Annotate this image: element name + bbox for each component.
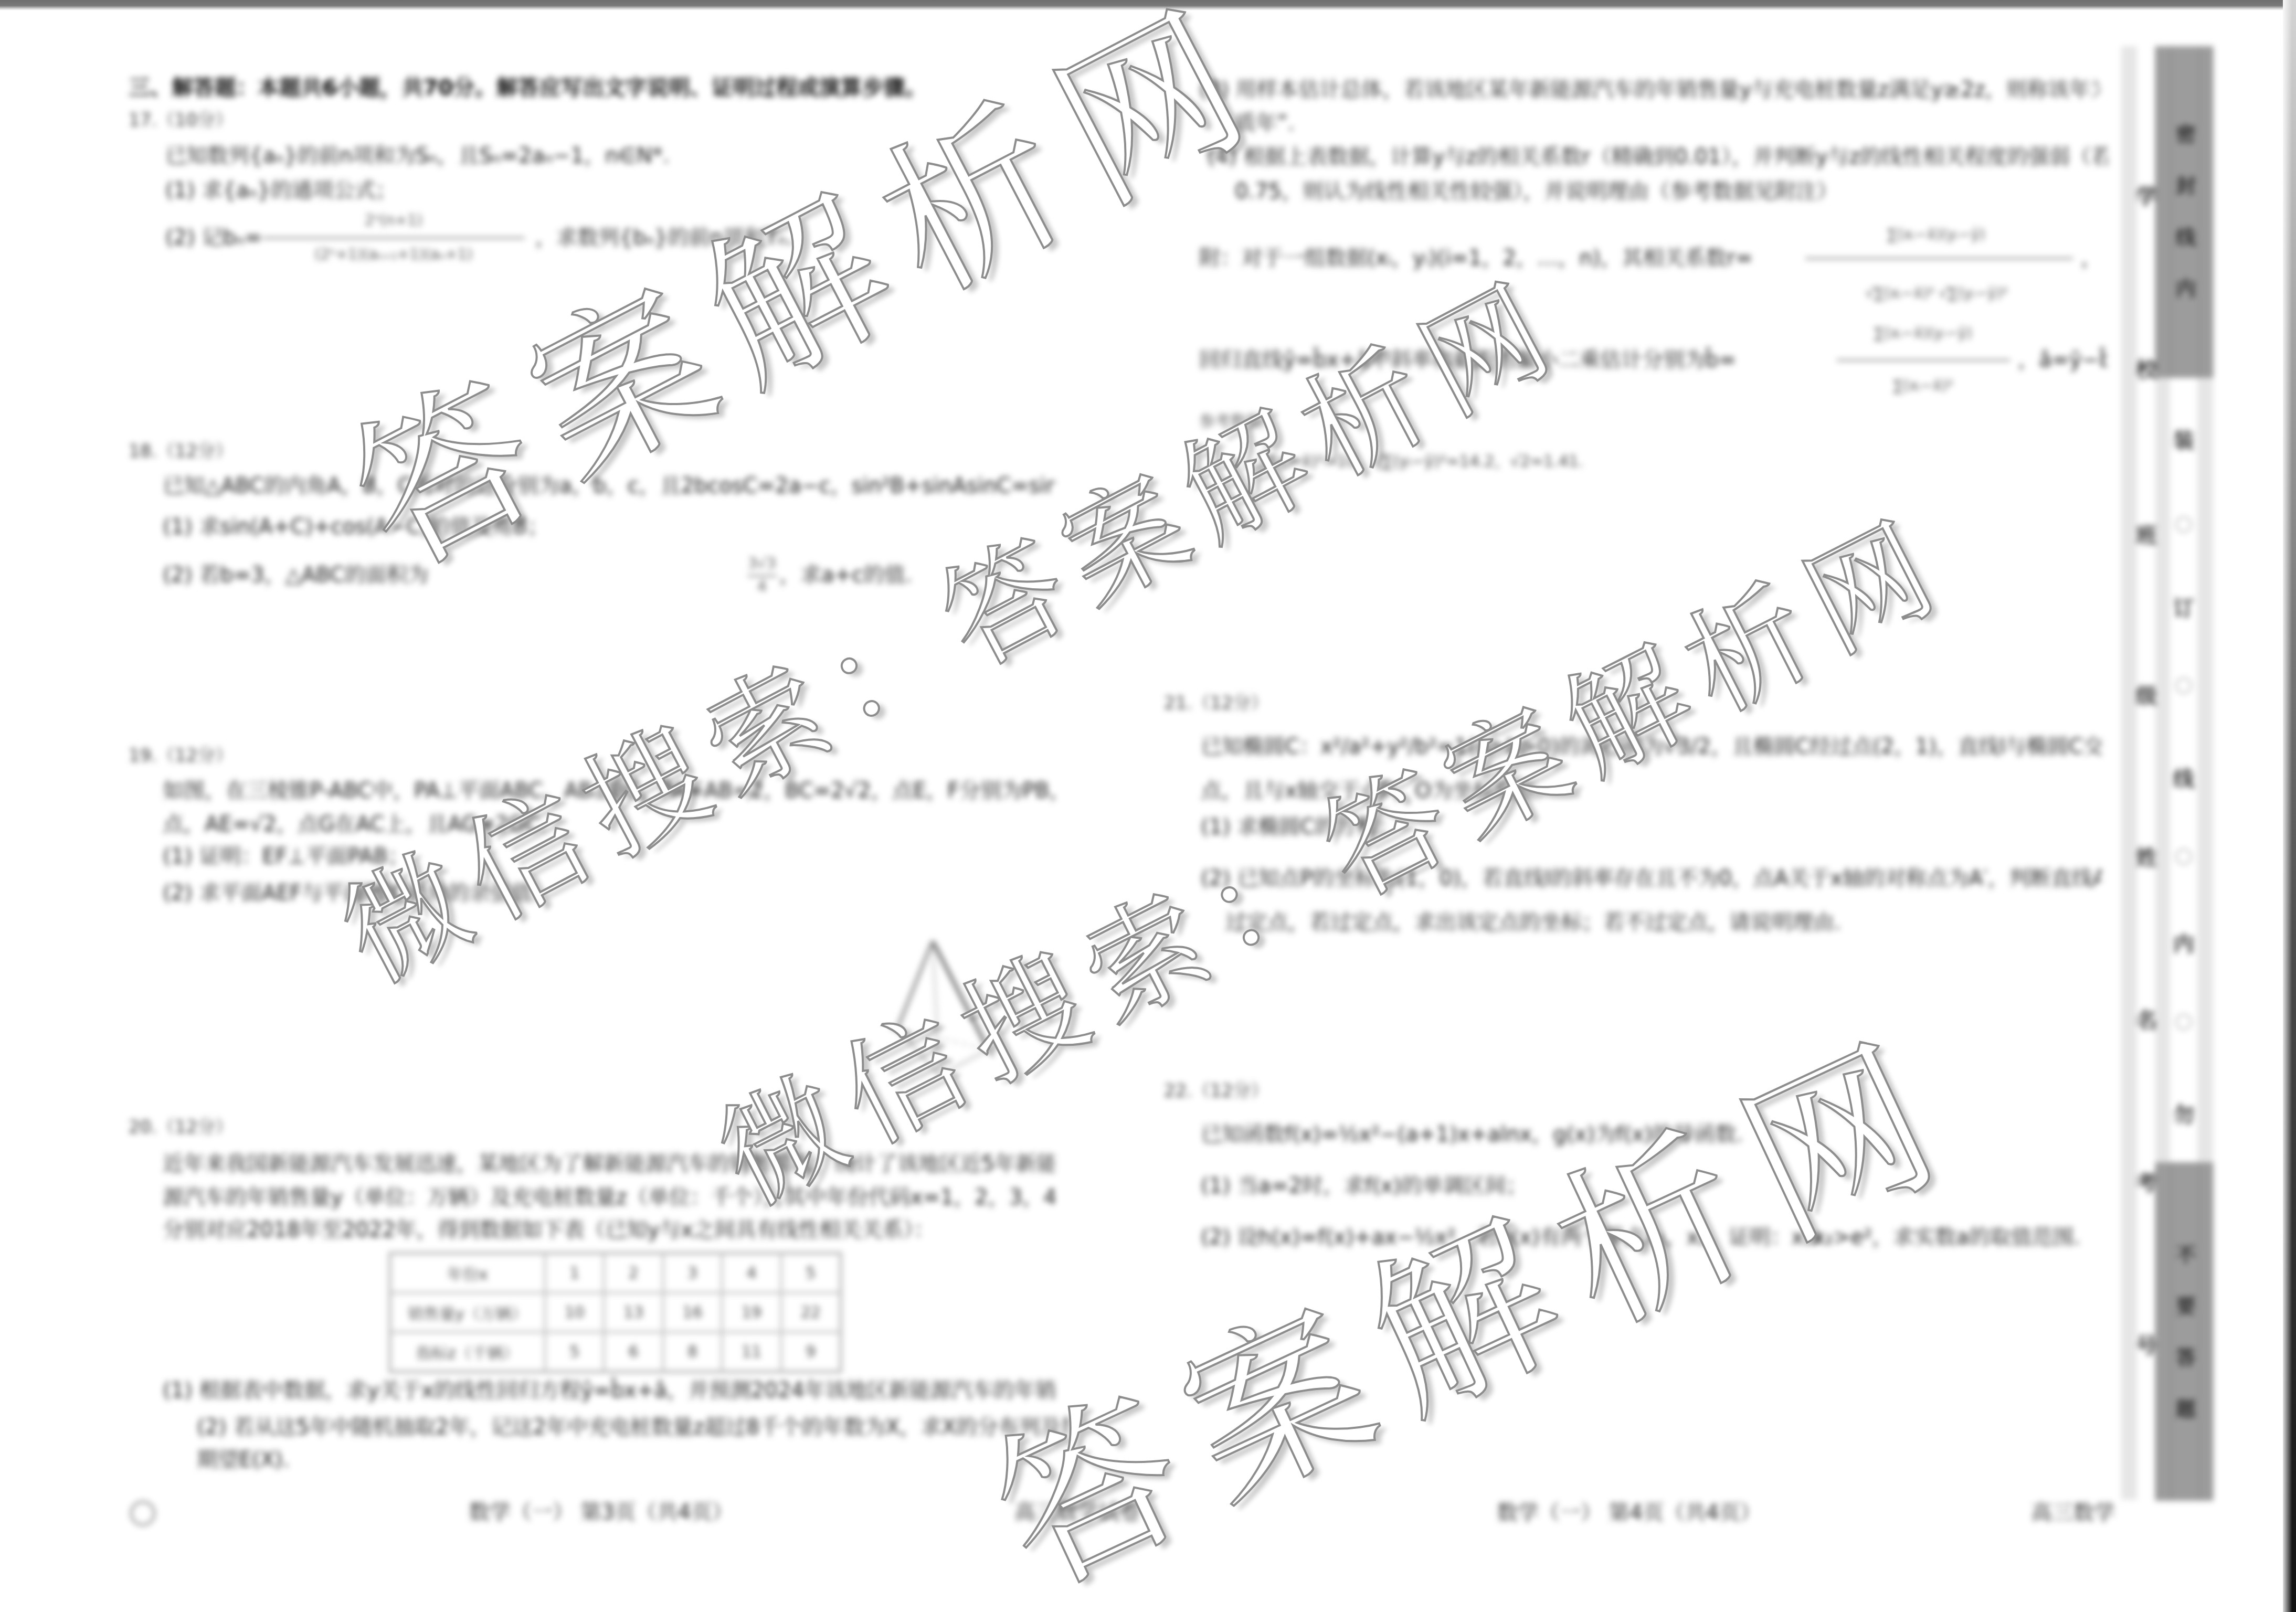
question-18-number: 18.（12分）: [129, 438, 233, 464]
sales-data-table: 年份x 1 2 3 4 5 销售量y（万辆） 10 13 16 19 22 指标…: [388, 1252, 842, 1373]
strip-label: 考: [2131, 1173, 2162, 1194]
section-title: 三、解答题：本题共6小题，共70分。解答应写出文字说明、证明过程或演算步骤。: [129, 75, 927, 101]
seal-char: 装: [2170, 430, 2197, 451]
table-cell: 9: [781, 1332, 841, 1372]
question-20-continued-line: 0.75，则认为线性相关性较强），并说明理由（参考数据见附注）.: [1235, 178, 1838, 205]
registration-mark-icon: [130, 1501, 155, 1526]
fraction-bar: [1837, 359, 2010, 361]
question-18-part2-prefix: (2) 若b=3，△ABC的面积为: [163, 562, 429, 588]
right-paper-code: 高三数学: [2031, 1500, 2115, 1526]
correlation-numerator: ∑(xᵢ−x̄)(yᵢ−ȳ): [1888, 226, 1985, 243]
question-22-number: 22.（12分）: [1164, 1078, 1268, 1104]
row-label: 指标z（千辆）: [390, 1332, 545, 1372]
table-row: 年份x 1 2 3 4 5: [390, 1253, 841, 1293]
question-20-stem-line: 分别对应2018年至2022年，得到数据如下表（已知y与x之间具有线性相关关系）…: [163, 1217, 1055, 1243]
table-row: 销售量y（万辆） 10 13 16 19 22: [390, 1293, 841, 1332]
seal-box-top-text: 密封线内: [2170, 124, 2199, 330]
seal-circle-icon: ○: [2170, 513, 2197, 534]
seal-char: 内: [2170, 934, 2197, 955]
table-cell: 6: [604, 1332, 663, 1372]
row-label: 年份x: [390, 1253, 545, 1293]
seal-circle-icon: ○: [2170, 1010, 2197, 1031]
row-label: 销售量y（万辆）: [390, 1293, 545, 1332]
question-20-continued-line: (4) 根据上表数据，计算y与z的相关系数r（精确到0.01），并判断y与z的线…: [1207, 144, 2108, 170]
table-cell: 2: [604, 1253, 663, 1293]
seal-char: 勿: [2170, 1105, 2197, 1126]
seal-box-bottom-text: 不要答题: [2170, 1244, 2199, 1450]
table-cell: 11: [722, 1332, 781, 1372]
question-20-part-line: (1) 根据表中数据，求y关于x的线性回归方程ŷ=b̂x+â，并预测2024年该…: [163, 1377, 1055, 1404]
strip-label: 校: [2131, 359, 2162, 380]
question-20-part-line: (2) 若从这5年中随机抽取2年，记这2年中充电桩数量z超过8千个的年数为X，求…: [197, 1414, 1068, 1440]
table-cell: 5: [545, 1332, 604, 1372]
question-20-stem-line: 近年来我国新能源汽车发展迅速，某地区为了解新能源汽车的销售情况，统计了该地区近5…: [163, 1151, 1055, 1177]
fraction-bar: [262, 237, 525, 239]
left-page-number: 数学（一） 第3页（共4页）: [469, 1499, 733, 1525]
seal-box-bottom: 不要答题: [2155, 1162, 2213, 1501]
table-cell: 22: [781, 1293, 841, 1332]
correlation-denominator: √∑(xᵢ−x̄)² √∑(yᵢ−ȳ)²: [1865, 284, 2008, 302]
question-20-stem-line: 源汽车的年销售量y（单位：万辆）及充电桩数量z（单位：千个），其中年份代码x=1…: [163, 1184, 1055, 1211]
question-17-number: 17.（10分）: [129, 107, 233, 133]
strip-label: 班: [2131, 525, 2162, 546]
question-18-fraction-denominator: 4: [757, 578, 767, 596]
table-cell: 4: [722, 1253, 781, 1293]
question-19-number: 19.（12分）: [129, 743, 233, 769]
table-cell: 16: [663, 1293, 722, 1332]
question-22-part1: (1) 当a=2时，求f(x)的单调区间；: [1201, 1173, 1527, 1199]
question-18-fraction-numerator: 3√3: [748, 555, 776, 572]
regression-suffix: ，â=ȳ−b̂x̄.: [2018, 347, 2107, 373]
binding-guide-line: [2121, 46, 2137, 1500]
seal-char: 订: [2170, 598, 2197, 619]
strip-label: 学: [2131, 186, 2162, 207]
correlation-suffix: ，: [2081, 245, 2102, 271]
strip-label: 号: [2131, 1335, 2162, 1356]
question-20-continued-line: (3) 用样本估计总体，若该地区某年新能源汽车的年销售量y与充电桩数量z满足y≥…: [1199, 77, 2100, 103]
table-cell: 5: [781, 1253, 841, 1293]
question-21-number: 21.（12分）: [1164, 690, 1268, 716]
regression-numerator: ∑(xᵢ−x̄)(yᵢ−ȳ): [1875, 324, 1972, 342]
question-20-number: 20.（12分）: [129, 1114, 233, 1140]
right-page-number: 数学（一） 第4页（共4页）: [1497, 1500, 1761, 1526]
strip-label: 姓: [2131, 847, 2162, 868]
question-17-part1: (1) 求{aₙ}的通项公式；: [165, 177, 397, 204]
strip-label: 级: [2131, 686, 2162, 707]
fraction-bar: [1805, 258, 2073, 259]
fraction-bar: [748, 575, 777, 577]
regression-denominator: ∑(xᵢ−x̄)²: [1893, 377, 1953, 395]
table-cell: 3: [663, 1253, 722, 1293]
question-17-fraction-numerator: 2ⁿ(n+1): [365, 211, 422, 229]
question-17-part2-prefix: (2) 记bₙ=: [165, 225, 262, 251]
scan-right-edge: [2283, 0, 2296, 1612]
table-cell: 8: [663, 1332, 722, 1372]
seal-circle-icon: ○: [2170, 845, 2197, 866]
strip-label: 名: [2131, 1010, 2162, 1031]
table-cell: 13: [604, 1293, 663, 1332]
seal-circle-icon: ○: [2170, 674, 2197, 695]
table-row: 指标z（千辆） 5 6 8 11 9: [390, 1332, 841, 1372]
question-20-part-line: 期望E(X).: [197, 1447, 290, 1473]
table-cell: 19: [722, 1293, 781, 1332]
seal-box-top: 密封线内: [2155, 46, 2213, 378]
table-cell: 10: [545, 1293, 604, 1332]
question-17-fraction-denominator: (2ⁿ+1)(aₙ₊₁+1)(aₙ+1): [315, 246, 473, 263]
seal-char: 线: [2170, 769, 2197, 790]
table-cell: 1: [545, 1253, 604, 1293]
